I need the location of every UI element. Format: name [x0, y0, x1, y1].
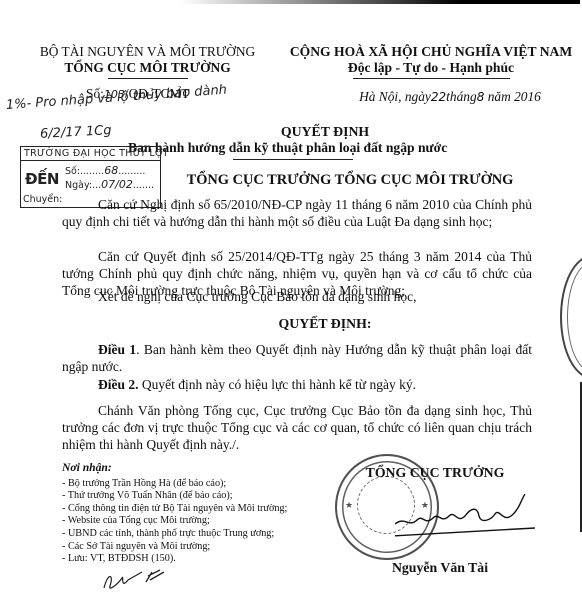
date-month: 8 [477, 90, 485, 104]
subject-text: Ban hành hướng dẫn kỹ thuật phân loại đấ… [128, 140, 528, 156]
agency-name: TỔNG CỤC MÔI TRƯỜNG [25, 60, 270, 76]
preamble-3: Xét đề nghị của Cục trưởng Cục Bảo tồn đ… [62, 289, 532, 306]
date-year: năm 2016 [488, 89, 541, 104]
document-title: QUYẾT ĐỊNH [200, 124, 450, 140]
article-2: Điều 2. Quyết định này có hiệu lực thi h… [62, 377, 532, 394]
recipients-list: Nơi nhận: - Bộ trưởng Trần Hồng Hà (để b… [62, 462, 322, 566]
ministry-name: BỘ TÀI NGUYÊN VÀ MÔI TRƯỜNG [25, 44, 270, 60]
divider [233, 159, 353, 160]
document-subject: Ban hành hướng dẫn kỹ thuật phân loại đấ… [128, 140, 528, 160]
recipient-item: - Bộ trưởng Trần Hồng Hà (để báo cáo); [62, 478, 322, 491]
stamp-date-label: Ngày: [65, 180, 92, 191]
partial-seal-icon [560, 255, 582, 379]
stamp-number-value: 68 [104, 164, 118, 177]
initials-scribble-icon [98, 566, 168, 596]
date-day: 22 [431, 90, 446, 104]
stamp-date: Ngày:...07/02....... [65, 178, 154, 191]
preamble-1: Căn cứ Nghị định số 65/2010/NĐ-CP ngày 1… [62, 197, 532, 231]
issuing-agency-block: BỘ TÀI NGUYÊN VÀ MÔI TRƯỜNG TỔNG CỤC MÔI… [25, 44, 270, 79]
article-1: Điều 1. Ban hành kèm theo Quyết định này… [62, 342, 532, 376]
recipient-item: - UBND các tỉnh, thành phố trực thuộc Tr… [62, 528, 322, 541]
scan-edge-line [580, 382, 582, 532]
article-label: Điều 1 [98, 342, 136, 357]
date-prefix: Hà Nội, ngày [359, 89, 431, 104]
seal-star-icon: ★ [345, 500, 353, 511]
stamp-number: Số:........68......... [65, 164, 145, 177]
divider [353, 78, 510, 79]
stamp-den-label: ĐẾN [25, 170, 59, 188]
nation-name: CỘNG HOÀ XÃ HỘI CHỦ NGHĨA VIỆT NAM [280, 44, 582, 60]
issue-date: Hà Nội, ngày22tháng8 năm 2016 [330, 89, 570, 105]
closing-paragraph: Chánh Văn phòng Tổng cục, Cục trưởng Cục… [62, 403, 532, 453]
article-label: Điều 2. [98, 377, 139, 392]
preamble-text: Xét đề nghị của Cục trưởng Cục Bảo tồn đ… [62, 289, 532, 306]
handwritten-date-note: 6/2/17 1Cg [40, 123, 112, 142]
stamp-date-value: 07/02 [101, 178, 133, 191]
national-motto: Độc lập - Tự do - Hạnh phúc [280, 60, 582, 76]
stamp-header: TRƯỜNG ĐẠI HỌC THỦY LỢI [21, 147, 160, 161]
decision-heading: QUYẾT ĐỊNH: [200, 316, 450, 332]
stamp-forward: Chuyển: [23, 194, 62, 205]
recipient-item: - Các Sở Tài nguyên và Môi trường; [62, 541, 322, 554]
recipient-item: - Cổng thông tin điện tử Bộ Tài nguyên v… [62, 503, 322, 516]
scan-edge [180, 0, 580, 4]
recipients-heading: Nơi nhận: [62, 462, 322, 475]
preamble-text: Căn cứ Nghị định số 65/2010/NĐ-CP ngày 1… [62, 197, 532, 231]
signature-icon [395, 494, 535, 540]
issuing-authority: TỔNG CỤC TRƯỞNG TỔNG CỤC MÔI TRƯỜNG [140, 172, 560, 189]
national-header: CỘNG HOÀ XÃ HỘI CHỦ NGHĨA VIỆT NAM Độc l… [280, 44, 582, 79]
article-sep: . [136, 342, 144, 357]
divider [108, 78, 188, 79]
stamp-number-label: Số: [65, 166, 80, 177]
signatory-name: Nguyễn Văn Tài [340, 560, 540, 576]
recipient-item: - Thứ trưởng Võ Tuấn Nhân (để báo cáo); [62, 490, 322, 503]
article-text: Quyết định này có hiệu lực thi hành kể t… [142, 377, 416, 392]
recipient-item: - Lưu: VT, BTĐDSH (150). [62, 553, 322, 566]
closing-text: Chánh Văn phòng Tổng cục, Cục trưởng Cục… [62, 403, 532, 453]
stamp-forward-label: Chuyển: [23, 194, 62, 205]
signatory-title: TỔNG CỤC TRƯỞNG [330, 465, 540, 481]
recipient-item: - Website của Tổng cục Môi trường; [62, 515, 322, 528]
date-month-label: tháng [446, 89, 477, 104]
